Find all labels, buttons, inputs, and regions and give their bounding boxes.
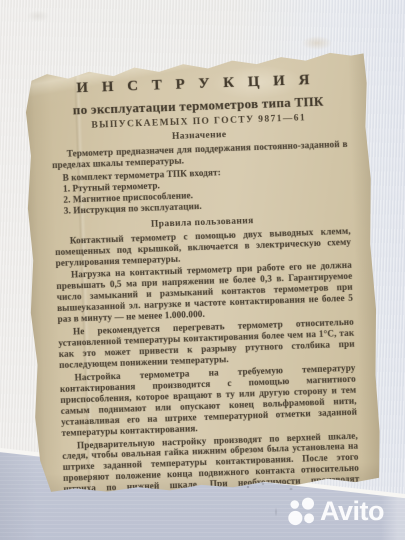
usage-paragraph: Настройка термометра на требуемую темпер… (59, 363, 357, 439)
usage-paragraph: Не рекомендуется перегревать термометр о… (58, 317, 355, 371)
instruction-paper: И Н С Т Р У К Ц И Я по эксплуатации терм… (18, 48, 383, 496)
document-body: И Н С Т Р У К Ц И Я по эксплуатации терм… (49, 71, 360, 496)
avito-wordmark: Avito (320, 498, 384, 525)
avito-watermark: Avito (287, 496, 384, 527)
avito-logo-icon (287, 497, 317, 527)
photo-frame: И Н С Т Р У К Ц И Я по эксплуатации терм… (0, 0, 405, 540)
usage-paragraph: Нагрузка на контактный термометр при раб… (56, 260, 354, 325)
